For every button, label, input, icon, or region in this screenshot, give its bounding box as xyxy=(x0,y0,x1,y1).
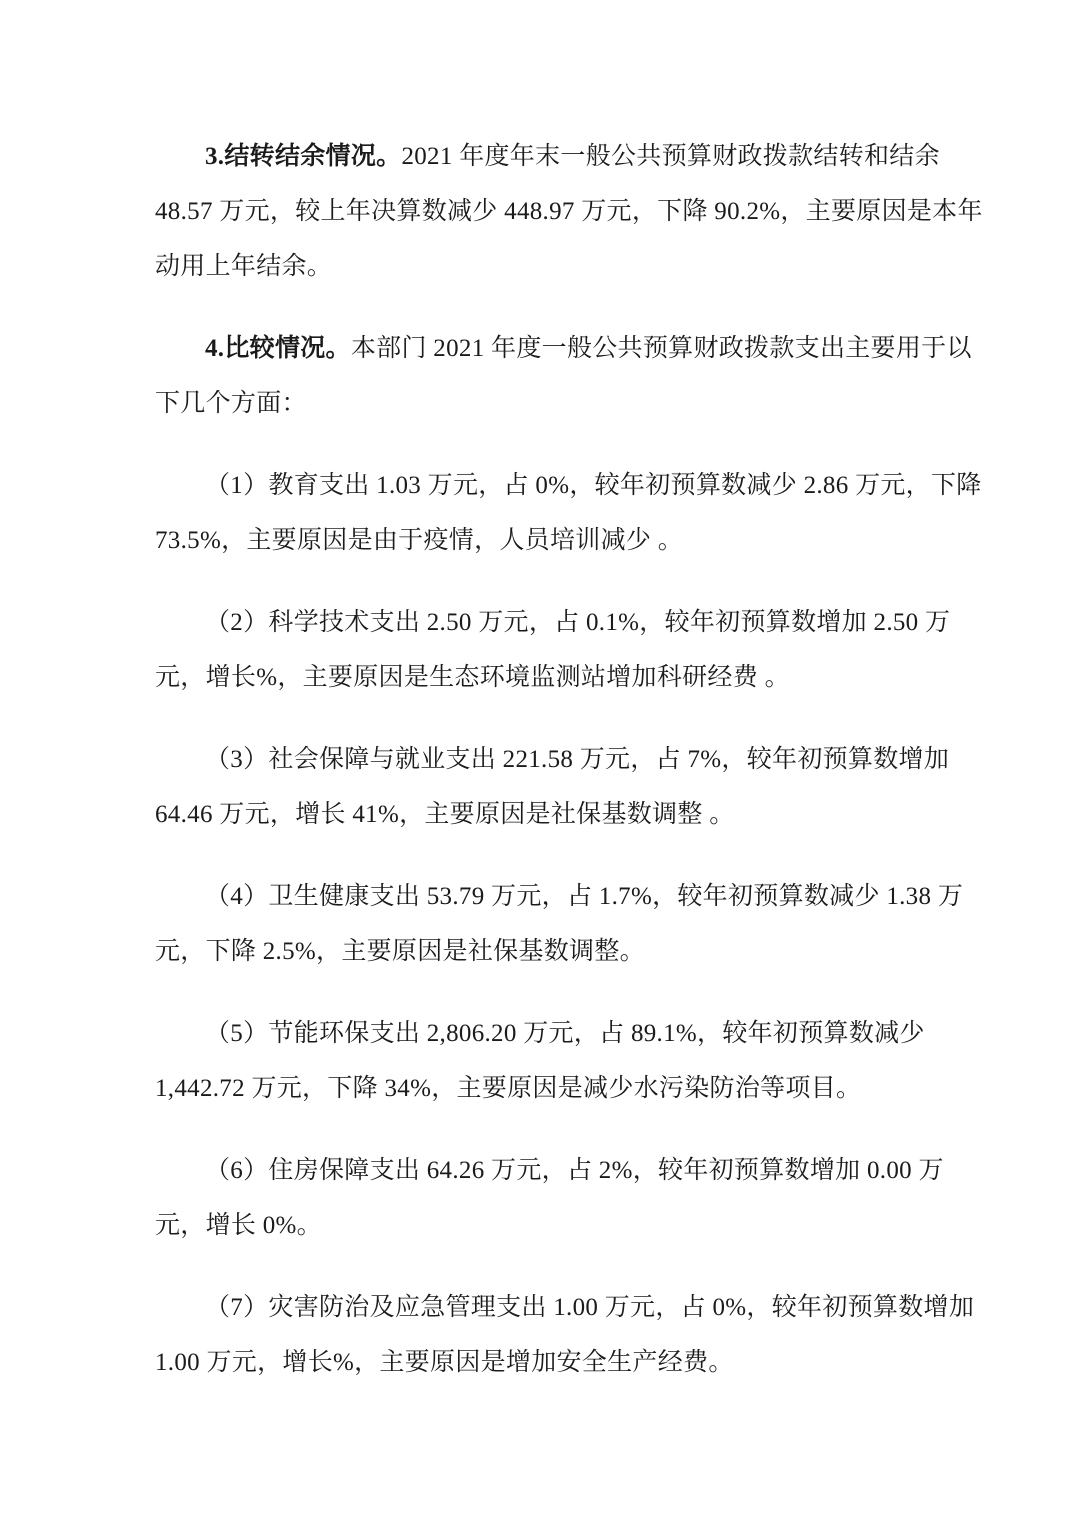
line-text: （3）社会保障与就业支出 221.58 万元，占 7%，较年初预算数增加 xyxy=(205,746,949,773)
paragraph-item-2-science: （2）科学技术支出 2.50 万元，占 0.1%，较年初预算数增加 2.50 万… xyxy=(155,595,954,705)
line-text: 2021 年度年末一般公共预算财政拨款结转和结余 xyxy=(401,143,939,170)
line-text: 动用上年结余。 xyxy=(155,253,332,280)
line-text: 本部门 2021 年度一般公共预算财政拨款支出主要用于以 xyxy=(351,335,972,362)
line-text: 元，下降 2.5%，主要原因是社保基数调整。 xyxy=(155,938,645,965)
paragraph-item-6-housing: （6）住房保障支出 64.26 万元，占 2%，较年初预算数增加 0.00 万 … xyxy=(155,1143,954,1253)
line-text: 元，增长%，主要原因是生态环境监测站增加科研经费 。 xyxy=(155,664,790,691)
text-line: 48.57 万元，较上年决算数减少 448.97 万元，下降 90.2%，主要原… xyxy=(155,184,954,239)
text-line: 1.00 万元，增长%，主要原因是增加安全生产经费。 xyxy=(155,1335,954,1390)
text-line: 64.46 万元，增长 41%，主要原因是社保基数调整 。 xyxy=(155,787,954,842)
line-text: 元，增长 0%。 xyxy=(155,1212,322,1239)
line-text: （4）卫生健康支出 53.79 万元，占 1.7%，较年初预算数减少 1.38 … xyxy=(205,883,963,910)
text-line: （3）社会保障与就业支出 221.58 万元，占 7%，较年初预算数增加 xyxy=(155,732,954,787)
document-page: 3.结转结余情况。2021 年度年末一般公共预算财政拨款结转和结余 48.57 … xyxy=(0,0,1074,1520)
text-line: 73.5%，主要原因是由于疫情，人员培训减少 。 xyxy=(155,513,954,568)
paragraph-heading: 3.结转结余情况。 xyxy=(205,143,401,170)
line-text: （2）科学技术支出 2.50 万元，占 0.1%，较年初预算数增加 2.50 万 xyxy=(205,609,950,636)
line-text: （1）教育支出 1.03 万元，占 0%，较年初预算数减少 2.86 万元，下降 xyxy=(205,472,982,499)
text-line: 元，下降 2.5%，主要原因是社保基数调整。 xyxy=(155,924,954,979)
line-text: （7）灾害防治及应急管理支出 1.00 万元，占 0%，较年初预算数增加 xyxy=(205,1294,974,1321)
line-text: 64.46 万元，增长 41%，主要原因是社保基数调整 。 xyxy=(155,801,735,828)
paragraph-item-7-disaster: （7）灾害防治及应急管理支出 1.00 万元，占 0%，较年初预算数增加 1.0… xyxy=(155,1280,954,1390)
paragraph-carryover: 3.结转结余情况。2021 年度年末一般公共预算财政拨款结转和结余 48.57 … xyxy=(155,129,954,294)
text-line: （5）节能环保支出 2,806.20 万元，占 89.1%，较年初预算数减少 xyxy=(155,1006,954,1061)
line-text: 1.00 万元，增长%，主要原因是增加安全生产经费。 xyxy=(155,1349,734,1376)
line-text: 48.57 万元，较上年决算数减少 448.97 万元，下降 90.2%，主要原… xyxy=(155,198,983,225)
text-line: 元，增长 0%。 xyxy=(155,1198,954,1253)
text-line: 下几个方面： xyxy=(155,376,954,431)
line-text: （5）节能环保支出 2,806.20 万元，占 89.1%，较年初预算数减少 xyxy=(205,1020,925,1047)
text-line: （2）科学技术支出 2.50 万元，占 0.1%，较年初预算数增加 2.50 万 xyxy=(155,595,954,650)
paragraph-item-4-health: （4）卫生健康支出 53.79 万元，占 1.7%，较年初预算数减少 1.38 … xyxy=(155,869,954,979)
line-text: 下几个方面： xyxy=(155,390,307,417)
line-text: 73.5%，主要原因是由于疫情，人员培训减少 。 xyxy=(155,527,683,554)
text-line: （7）灾害防治及应急管理支出 1.00 万元，占 0%，较年初预算数增加 xyxy=(155,1280,954,1335)
paragraph-item-3-social-security: （3）社会保障与就业支出 221.58 万元，占 7%，较年初预算数增加 64.… xyxy=(155,732,954,842)
paragraph-comparison: 4.比较情况。本部门 2021 年度一般公共预算财政拨款支出主要用于以 下几个方… xyxy=(155,321,954,431)
text-line: （4）卫生健康支出 53.79 万元，占 1.7%，较年初预算数减少 1.38 … xyxy=(155,869,954,924)
paragraph-heading: 4.比较情况。 xyxy=(205,335,351,362)
text-line: 元，增长%，主要原因是生态环境监测站增加科研经费 。 xyxy=(155,650,954,705)
text-line: 4.比较情况。本部门 2021 年度一般公共预算财政拨款支出主要用于以 xyxy=(155,321,954,376)
text-line: （6）住房保障支出 64.26 万元，占 2%，较年初预算数增加 0.00 万 xyxy=(155,1143,954,1198)
text-line: （1）教育支出 1.03 万元，占 0%，较年初预算数减少 2.86 万元，下降 xyxy=(155,458,954,513)
paragraph-item-1-education: （1）教育支出 1.03 万元，占 0%，较年初预算数减少 2.86 万元，下降… xyxy=(155,458,954,568)
paragraph-item-5-environment: （5）节能环保支出 2,806.20 万元，占 89.1%，较年初预算数减少 1… xyxy=(155,1006,954,1116)
line-text: （6）住房保障支出 64.26 万元，占 2%，较年初预算数增加 0.00 万 xyxy=(205,1157,944,1184)
line-text: 1,442.72 万元，下降 34%，主要原因是减少水污染防治等项目。 xyxy=(155,1075,861,1102)
text-line: 动用上年结余。 xyxy=(155,239,954,294)
text-line: 3.结转结余情况。2021 年度年末一般公共预算财政拨款结转和结余 xyxy=(155,129,954,184)
text-line: 1,442.72 万元，下降 34%，主要原因是减少水污染防治等项目。 xyxy=(155,1061,954,1116)
